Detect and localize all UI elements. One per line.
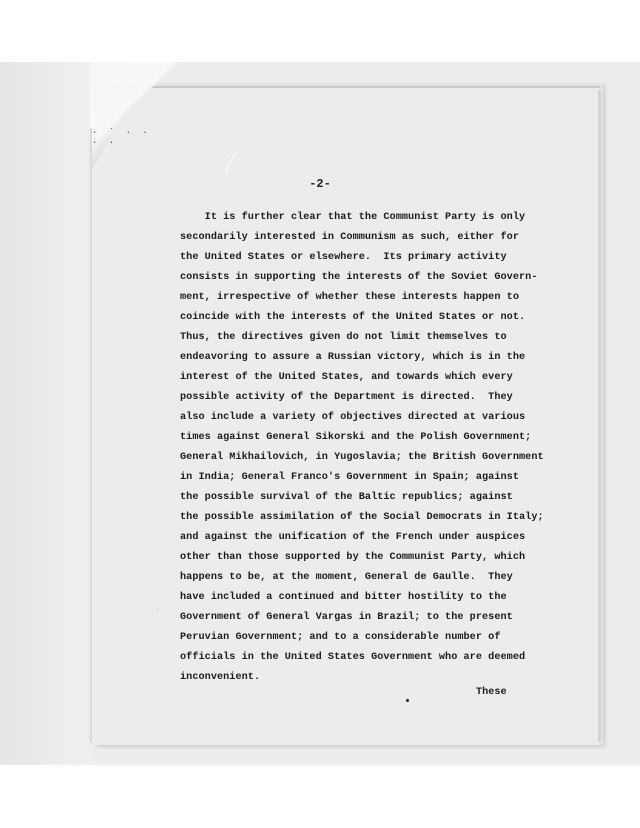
folder-edge	[0, 62, 92, 765]
text-line: the United States or elsewhere. Its prim…	[180, 248, 580, 268]
text-line: happens to be, at the moment, General de…	[180, 568, 580, 588]
text-line: possible activity of the Department is d…	[180, 388, 580, 408]
text-line: Government of General Vargas in Brazil; …	[180, 608, 580, 628]
page-top-edge	[150, 86, 600, 88]
text-line: Peruvian Government; and to a considerab…	[180, 628, 580, 648]
body-paragraph: It is further clear that the Communist P…	[180, 208, 580, 688]
fold-line	[90, 128, 92, 743]
text-line: endeavoring to assure a Russian victory,…	[180, 348, 580, 368]
text-line: the possible assimilation of the Social …	[180, 508, 580, 528]
margin-mark: ˙	[155, 610, 160, 619]
ink-dot	[406, 699, 409, 702]
text-line: times against General Sikorski and the P…	[180, 428, 580, 448]
ink-specks: · ˙ · · · ·	[92, 128, 162, 168]
text-line: interest of the United States, and towar…	[180, 368, 580, 388]
text-line: the possible survival of the Baltic repu…	[180, 488, 580, 508]
text-line: also include a variety of objectives dir…	[180, 408, 580, 428]
text-line: ment, irrespective of whether these inte…	[180, 288, 580, 308]
text-line: officials in the United States Governmen…	[180, 648, 580, 668]
text-line: have included a continued and bitter hos…	[180, 588, 580, 608]
text-line: in India; General Franco's Government in…	[180, 468, 580, 488]
text-line: inconvenient.	[180, 668, 580, 688]
text-line: and against the unification of the Frenc…	[180, 528, 580, 548]
text-line: Thus, the directives given do not limit …	[180, 328, 580, 348]
catchword: These	[476, 687, 507, 698]
text-line: coincide with the interests of the Unite…	[180, 308, 580, 328]
page-number: -2-	[0, 177, 640, 191]
text-line: consists in supporting the interests of …	[180, 268, 580, 288]
text-line: secondarily interested in Communism as s…	[180, 228, 580, 248]
text-line: General Mikhailovich, in Yugoslavia; the…	[180, 448, 580, 468]
text-line: other than those supported by the Commun…	[180, 548, 580, 568]
text-line: It is further clear that the Communist P…	[180, 208, 580, 228]
